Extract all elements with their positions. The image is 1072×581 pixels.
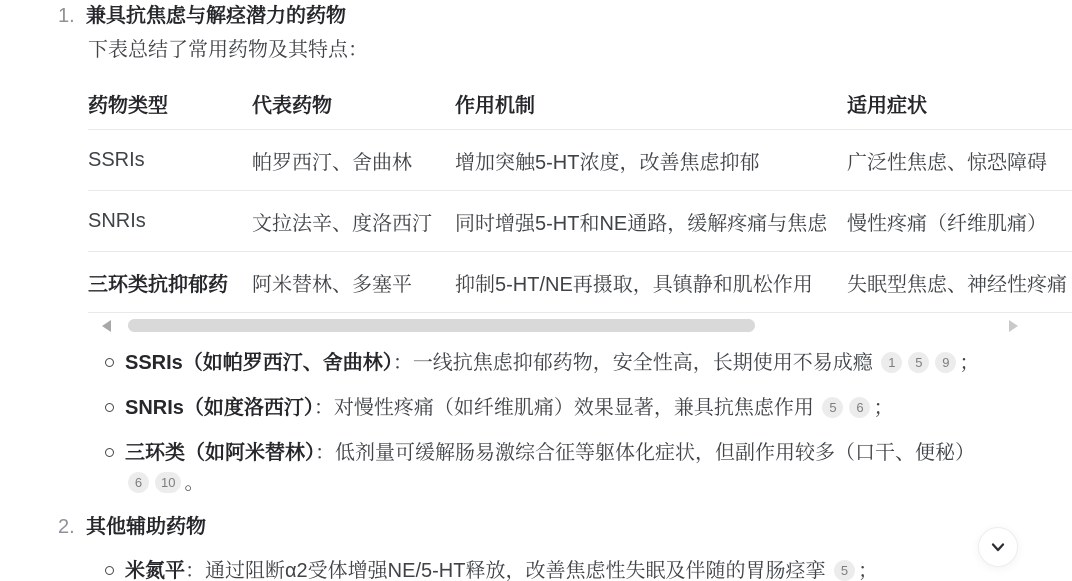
bullet-circle-icon — [105, 358, 114, 367]
scroll-to-bottom-button[interactable] — [978, 527, 1018, 567]
chat-response-page: 1. 兼具抗焦虑与解痉潜力的药物 下表总结了常用药物及其特点： 药物类型 代表药… — [0, 0, 1072, 581]
cell-drugs: 文拉法辛、度洛西汀 — [252, 191, 455, 252]
bullet-text: 通过阻断α2受体增强NE/5-HT释放，改善焦虑性失眠及伴随的胃肠痉挛 — [205, 560, 825, 581]
header-representative-drugs: 代表药物 — [252, 78, 455, 130]
cell-drugs: 阿米替林、多塞平 — [252, 252, 455, 313]
list-item: SNRIs（如度洛西汀）：对慢性疼痛（如纤维肌痛）效果显著，兼具抗焦虑作用 56… — [88, 393, 995, 423]
list-number: 2. — [58, 513, 75, 541]
scroll-left-arrow-icon[interactable] — [102, 320, 111, 332]
cell-drug-type: 三环类抗抑郁药 — [88, 252, 252, 313]
cell-mechanism: 同时增强5-HT和NE通路，缓解疼痛与焦虑 — [455, 191, 847, 252]
bullet-text: 低剂量可缓解肠易激综合征等躯体化症状，但副作用较多（口干、便秘） — [335, 442, 975, 464]
table-header-row: 药物类型 代表药物 作用机制 适用症状 — [88, 78, 1072, 130]
table-row: SNRIs 文拉法辛、度洛西汀 同时增强5-HT和NE通路，缓解疼痛与焦虑 慢性… — [88, 191, 1072, 252]
scrollbar-thumb[interactable] — [128, 319, 755, 332]
cell-mechanism: 增加突触5-HT浓度，改善焦虑抑郁 — [455, 130, 847, 191]
bullet-lead: 三环类（如阿米替林） — [125, 442, 315, 464]
list-item: 米氮平：通过阻断α2受体增强NE/5-HT释放，改善焦虑性失眠及伴随的胃肠痉挛 … — [88, 556, 995, 581]
bullet-suffix: 。 — [184, 472, 204, 494]
section-title: 其他辅助药物 — [86, 516, 206, 538]
bullet-separator: ： — [315, 442, 335, 464]
list-item: 三环类（如阿米替林）：低剂量可缓解肠易激综合征等躯体化症状，但副作用较多（口干、… — [88, 438, 995, 498]
header-mechanism: 作用机制 — [455, 78, 847, 130]
table-intro-text: 下表总结了常用药物及其特点： — [88, 36, 1072, 64]
cell-drug-type: SSRIs — [88, 130, 252, 191]
list-item: SSRIs（如帕罗西汀、舍曲林）：一线抗焦虑抑郁药物，安全性高，长期使用不易成瘾… — [88, 348, 995, 378]
cell-indications: 慢性疼痛（纤维肌痛） — [847, 191, 1072, 252]
cell-mechanism: 抑制5-HT/NE再摄取，具镇静和肌松作用 — [455, 252, 847, 313]
header-drug-type: 药物类型 — [88, 78, 252, 130]
bullet-suffix: ； — [858, 560, 878, 581]
bullet-text: 对慢性疼痛（如纤维肌痛）效果显著，兼具抗焦虑作用 — [334, 397, 814, 419]
citation-badge[interactable]: 6 — [128, 472, 149, 493]
bullet-suffix: ； — [959, 352, 979, 374]
citation-badge[interactable]: 1 — [881, 352, 902, 373]
adjunct-drugs-list: 米氮平：通过阻断α2受体增强NE/5-HT释放，改善焦虑性失眠及伴随的胃肠痉挛 … — [0, 556, 1072, 581]
list-number: 1. — [58, 2, 75, 30]
cell-indications: 广泛性焦虑、惊恐障碍 — [847, 130, 1072, 191]
bullet-lead: 米氮平 — [125, 560, 185, 581]
citation-badge[interactable]: 6 — [849, 397, 870, 418]
section-1-heading: 1. 兼具抗焦虑与解痉潜力的药物 — [0, 2, 1072, 30]
bullet-suffix: ； — [873, 397, 893, 419]
table-row: SSRIs 帕罗西汀、舍曲林 增加突触5-HT浓度，改善焦虑抑郁 广泛性焦虑、惊… — [88, 130, 1072, 191]
citation-badge[interactable]: 5 — [908, 352, 929, 373]
citation-badge[interactable]: 10 — [155, 472, 181, 493]
chevron-down-icon — [989, 538, 1007, 556]
table-row: 三环类抗抑郁药 阿米替林、多塞平 抑制5-HT/NE再摄取，具镇静和肌松作用 失… — [88, 252, 1072, 313]
scrollbar-track[interactable] — [126, 319, 992, 333]
cell-indications: 失眠型焦虑、神经性疼痛 — [847, 252, 1072, 313]
drug-table: 药物类型 代表药物 作用机制 适用症状 SSRIs 帕罗西汀、舍曲林 增加突触5… — [88, 78, 1072, 313]
scroll-right-arrow-icon[interactable] — [1009, 320, 1018, 332]
section-2-heading: 2. 其他辅助药物 — [0, 513, 1072, 541]
drug-table-container: 药物类型 代表药物 作用机制 适用症状 SSRIs 帕罗西汀、舍曲林 增加突触5… — [0, 78, 1072, 333]
citation-badge[interactable]: 9 — [935, 352, 956, 373]
cell-drug-type: SNRIs — [88, 191, 252, 252]
bullet-separator: ： — [185, 560, 205, 581]
bullet-circle-icon — [105, 448, 114, 457]
cell-drugs: 帕罗西汀、舍曲林 — [252, 130, 455, 191]
header-indications: 适用症状 — [847, 78, 1072, 130]
section-title: 兼具抗焦虑与解痉潜力的药物 — [86, 5, 346, 27]
bullet-circle-icon — [105, 403, 114, 412]
bullet-separator: ： — [314, 397, 334, 419]
citation-badge[interactable]: 5 — [822, 397, 843, 418]
bullet-separator: ： — [393, 352, 413, 374]
citation-badge[interactable]: 5 — [834, 560, 855, 581]
bullet-lead: SSRIs（如帕罗西汀、舍曲林） — [125, 352, 393, 374]
drug-notes-list: SSRIs（如帕罗西汀、舍曲林）：一线抗焦虑抑郁药物，安全性高，长期使用不易成瘾… — [0, 348, 1072, 498]
bullet-text: 一线抗焦虑抑郁药物，安全性高，长期使用不易成瘾 — [413, 352, 873, 374]
table-horizontal-scrollbar[interactable] — [88, 319, 1020, 333]
bullet-circle-icon — [105, 566, 114, 575]
bullet-lead: SNRIs（如度洛西汀） — [125, 397, 314, 419]
